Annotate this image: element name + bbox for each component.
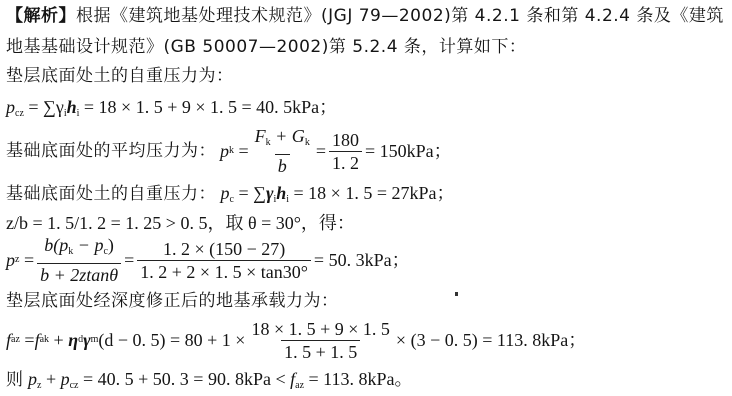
denominator: 1. 5 + 1. 5 [281,340,360,363]
subscript: cz [15,108,24,119]
numerator-part: ) [108,235,114,255]
fraction-pz-numeric: 1. 2 × (150 − 27) 1. 2 + 2 × 1. 5 × tan3… [137,238,311,283]
numerator: 18 × 1. 5 + 9 × 1. 5 [248,318,392,340]
symbol-h: h [276,183,286,203]
symbol-p: p [6,249,15,271]
sum-gamma: = ∑γ [28,97,63,117]
subscript: c [230,194,234,205]
symbol-p: p [221,183,230,203]
conclusion-mid: = 40. 5 + 50. 3 = 90. 8kPa < [83,369,286,389]
subscript: ak [40,329,49,351]
denominator: 1. 2 [329,151,362,174]
fraction-pz-symbolic: b(pk − pc) b + 2ztanθ [37,234,121,286]
fraction-gamma-m: 18 × 1. 5 + 9 × 1. 5 1. 5 + 1. 5 [248,318,392,363]
step3-result: = 18 × 1. 5 = 27kPa； [294,183,455,203]
step6-formula: faz = fak + ηdγm (d − 0. 5) = 80 + 1 × 1… [6,316,586,364]
subscript: k [229,140,234,162]
step5-line: pz = b(pk − pc) b + 2ztanθ = 1. 2 × (150… [6,236,410,284]
symbol-p: p [28,369,37,389]
symbol-h: h [67,97,77,117]
conclusion-line: 则 pz + pcz = 40. 5 + 50. 3 = 90. 8kPa < … [6,368,413,396]
subscript: m [91,329,99,351]
subscript: az [11,329,20,351]
numerator: 180 [329,129,362,151]
subscript-i: i [77,108,80,119]
subscript: cz [70,380,79,391]
scan-speck [455,292,458,296]
fraction-180-over-1-2: 180 1. 2 [329,129,362,174]
step1-formula: pcz = ∑γihi = 18 × 1. 5 + 9 × 1. 5 = 40.… [6,96,337,125]
symbol-F: F [255,126,266,146]
subscript: z [37,380,41,391]
analysis-label: 【解析】 [6,6,76,26]
step1-result: = 18 × 1. 5 + 9 × 1. 5 = 40. 5kPa； [84,97,337,117]
step6-result: × (3 − 0. 5) = 113. 8kPa； [396,329,586,351]
denominator: 1. 2 + 2 × 1. 5 × tan30° [137,260,311,283]
numerator: 1. 2 × (150 − 27) [160,238,288,260]
conclusion-end: = 113. 8kPa。 [309,369,413,389]
step2-text: 基础底面处的平均压力为： [6,140,216,162]
step6-mid: (d − 0. 5) = 80 + 1 × [98,329,245,351]
symbol-G: + G [271,126,305,146]
intro-text-1: 根据《建筑地基处理技术规范》(JGJ 79—2002)第 4.2.1 条和第 4… [76,6,724,26]
fraction-fk-gk-over-b: Fk + Gk b [252,125,313,177]
subscript: k [305,137,310,148]
intro-line-1: 【解析】根据《建筑地基处理技术规范》(JGJ 79—2002)第 4.2.1 条… [6,5,724,27]
step3-line: 基础底面处土的自重压力： pc = ∑γihi = 18 × 1. 5 = 27… [6,182,454,211]
step3-text: 基础底面处土的自重压力： [6,184,216,204]
step5-result: = 50. 3kPa； [314,249,410,271]
intro-line-2: 地基基础设计规范》(GB 50007—2002)第 5.2.4 条，计算如下： [6,36,526,58]
step4-line: z/b = 1. 5/1. 2 = 1. 25 > 0. 5，取 θ = 30°… [6,212,355,234]
symbol-b: b [278,156,287,176]
step6-text: 垫层底面处经深度修正后的地基承载力为： [6,290,339,312]
step1-text: 垫层底面处土的自重压力为： [6,65,234,87]
subscript: z [15,249,19,271]
conclusion-prefix: 则 [6,370,24,390]
symbol-p: p [220,140,229,162]
numerator-part: − p [73,235,103,255]
symbol-gamma: γ [83,329,91,351]
subscript-i: i [286,194,289,205]
symbol-p: p [61,369,70,389]
numerator-part: b(p [44,235,68,255]
step2-result: = 150kPa； [365,140,452,162]
step2-line: 基础底面处的平均压力为： pk = Fk + Gk b = 180 1. 2 =… [6,128,452,174]
subscript: az [295,380,304,391]
symbol-eta: η [64,329,78,351]
symbol-p: p [6,97,15,117]
denominator: b + 2ztanθ [40,265,118,285]
